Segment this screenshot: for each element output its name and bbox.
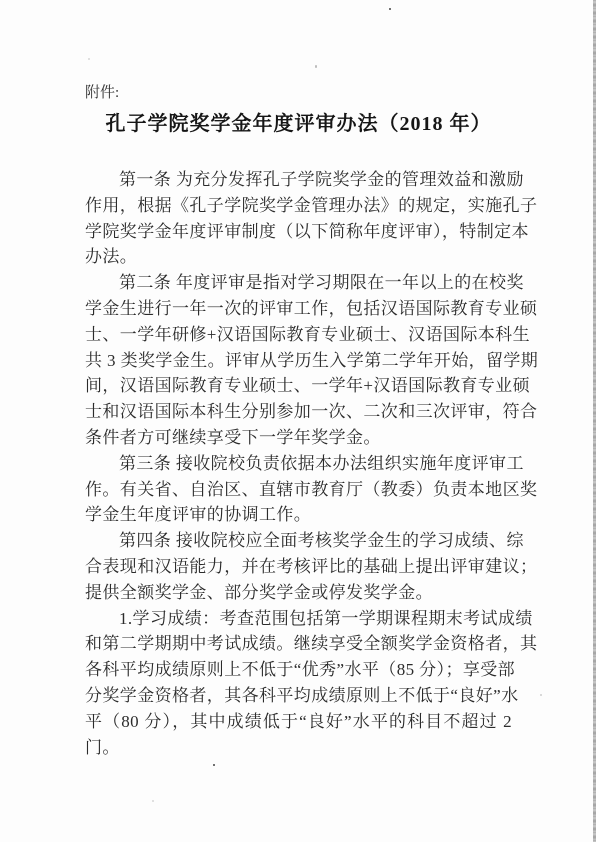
text-line: 平（80 分），其中成绩低于“良好”水平的科目不超过 2 门。 <box>85 709 512 735</box>
text-line: 第二条 年度评审是指对学习期限在一年以上的在校奖 <box>85 270 512 296</box>
document-title: 孔子学院奖学金年度评审办法（2018 年） <box>85 111 512 137</box>
text-line: 合表现和汉语能力，并在考核评比的基础上提出评审建议； <box>85 554 512 580</box>
scanned-page: 附件: 孔子学院奖学金年度评审办法（2018 年） 第一条 为充分发挥孔子学院奖… <box>0 0 596 842</box>
text-line: 和第二学期期中考试成绩。继续享受全额奖学金资格者，其 <box>85 631 512 657</box>
text-line: 第一条 为充分发挥孔子学院奖学金的管理效益和激励 <box>85 167 512 193</box>
text-line: 学金生年度评审的协调工作。 <box>85 502 512 528</box>
paragraph: 第一条 为充分发挥孔子学院奖学金的管理效益和激励作用，根据《孔子学院奖学金管理办… <box>85 167 512 270</box>
text-line: 1.学习成绩：考查范围包括第一学期课程期末考试成绩 <box>85 606 512 632</box>
paragraph: 第四条 接收院校应全面考核奖学金生的学习成绩、综合表现和汉语能力，并在考核评比的… <box>85 528 512 605</box>
paragraph: 1.学习成绩：考查范围包括第一学期课程期末考试成绩和第二学期期中考试成绩。继续享… <box>85 606 512 735</box>
text-line: 分奖学金资格者，其各科平均成绩原则上不低于“良好”水 <box>85 683 512 709</box>
scan-speckle <box>315 65 317 68</box>
document-body: 第一条 为充分发挥孔子学院奖学金的管理效益和激励作用，根据《孔子学院奖学金管理办… <box>85 167 512 735</box>
scan-speckle <box>540 694 542 696</box>
text-line: 各科平均成绩原则上不低于“优秀”水平（85 分）；享受部 <box>85 657 512 683</box>
scan-speckle <box>213 764 215 766</box>
paragraph: 第二条 年度评审是指对学习期限在一年以上的在校奖学金生进行一年一次的评审工作，包… <box>85 270 512 451</box>
text-line: 第四条 接收院校应全面考核奖学金生的学习成绩、综 <box>85 528 512 554</box>
text-line: 条件者方可继续享受下一学年奖学金。 <box>85 425 512 451</box>
text-line: 士和汉语国际本科生分别参加一次、二次和三次评审，符合 <box>85 399 512 425</box>
text-line: 共 3 类奖学金生。评审从学历生入学第二学年开始，留学期 <box>85 348 512 374</box>
text-line: 士、一学年研修+汉语国际教育专业硕士、汉语国际本科生 <box>85 322 512 348</box>
text-line: 学院奖学金年度评审制度（以下简称年度评审），特制定本 <box>85 219 512 245</box>
text-line: 学金生进行一年一次的评审工作，包括汉语国际教育专业硕 <box>85 296 512 322</box>
document-content: 附件: 孔子学院奖学金年度评审办法（2018 年） 第一条 为充分发挥孔子学院奖… <box>85 84 512 735</box>
scan-speckle <box>152 800 154 802</box>
text-line: 作用，根据《孔子学院奖学金管理办法》的规定，实施孔子 <box>85 193 512 219</box>
text-line: 办法。 <box>85 244 512 270</box>
text-line: 间，汉语国际教育专业硕士、一学年+汉语国际教育专业硕 <box>85 373 512 399</box>
paragraph: 第三条 接收院校负责依据本办法组织实施年度评审工作。有关省、自治区、直辖市教育厅… <box>85 451 512 528</box>
text-line: 提供全额奖学金、部分奖学金或停发奖学金。 <box>85 580 512 606</box>
text-line: 作。有关省、自治区、直辖市教育厅（教委）负责本地区奖 <box>85 477 512 503</box>
scan-speckle <box>88 58 90 60</box>
text-line: 第三条 接收院校负责依据本办法组织实施年度评审工 <box>85 451 512 477</box>
attachment-label: 附件: <box>85 84 512 102</box>
scan-speckle <box>389 8 391 10</box>
